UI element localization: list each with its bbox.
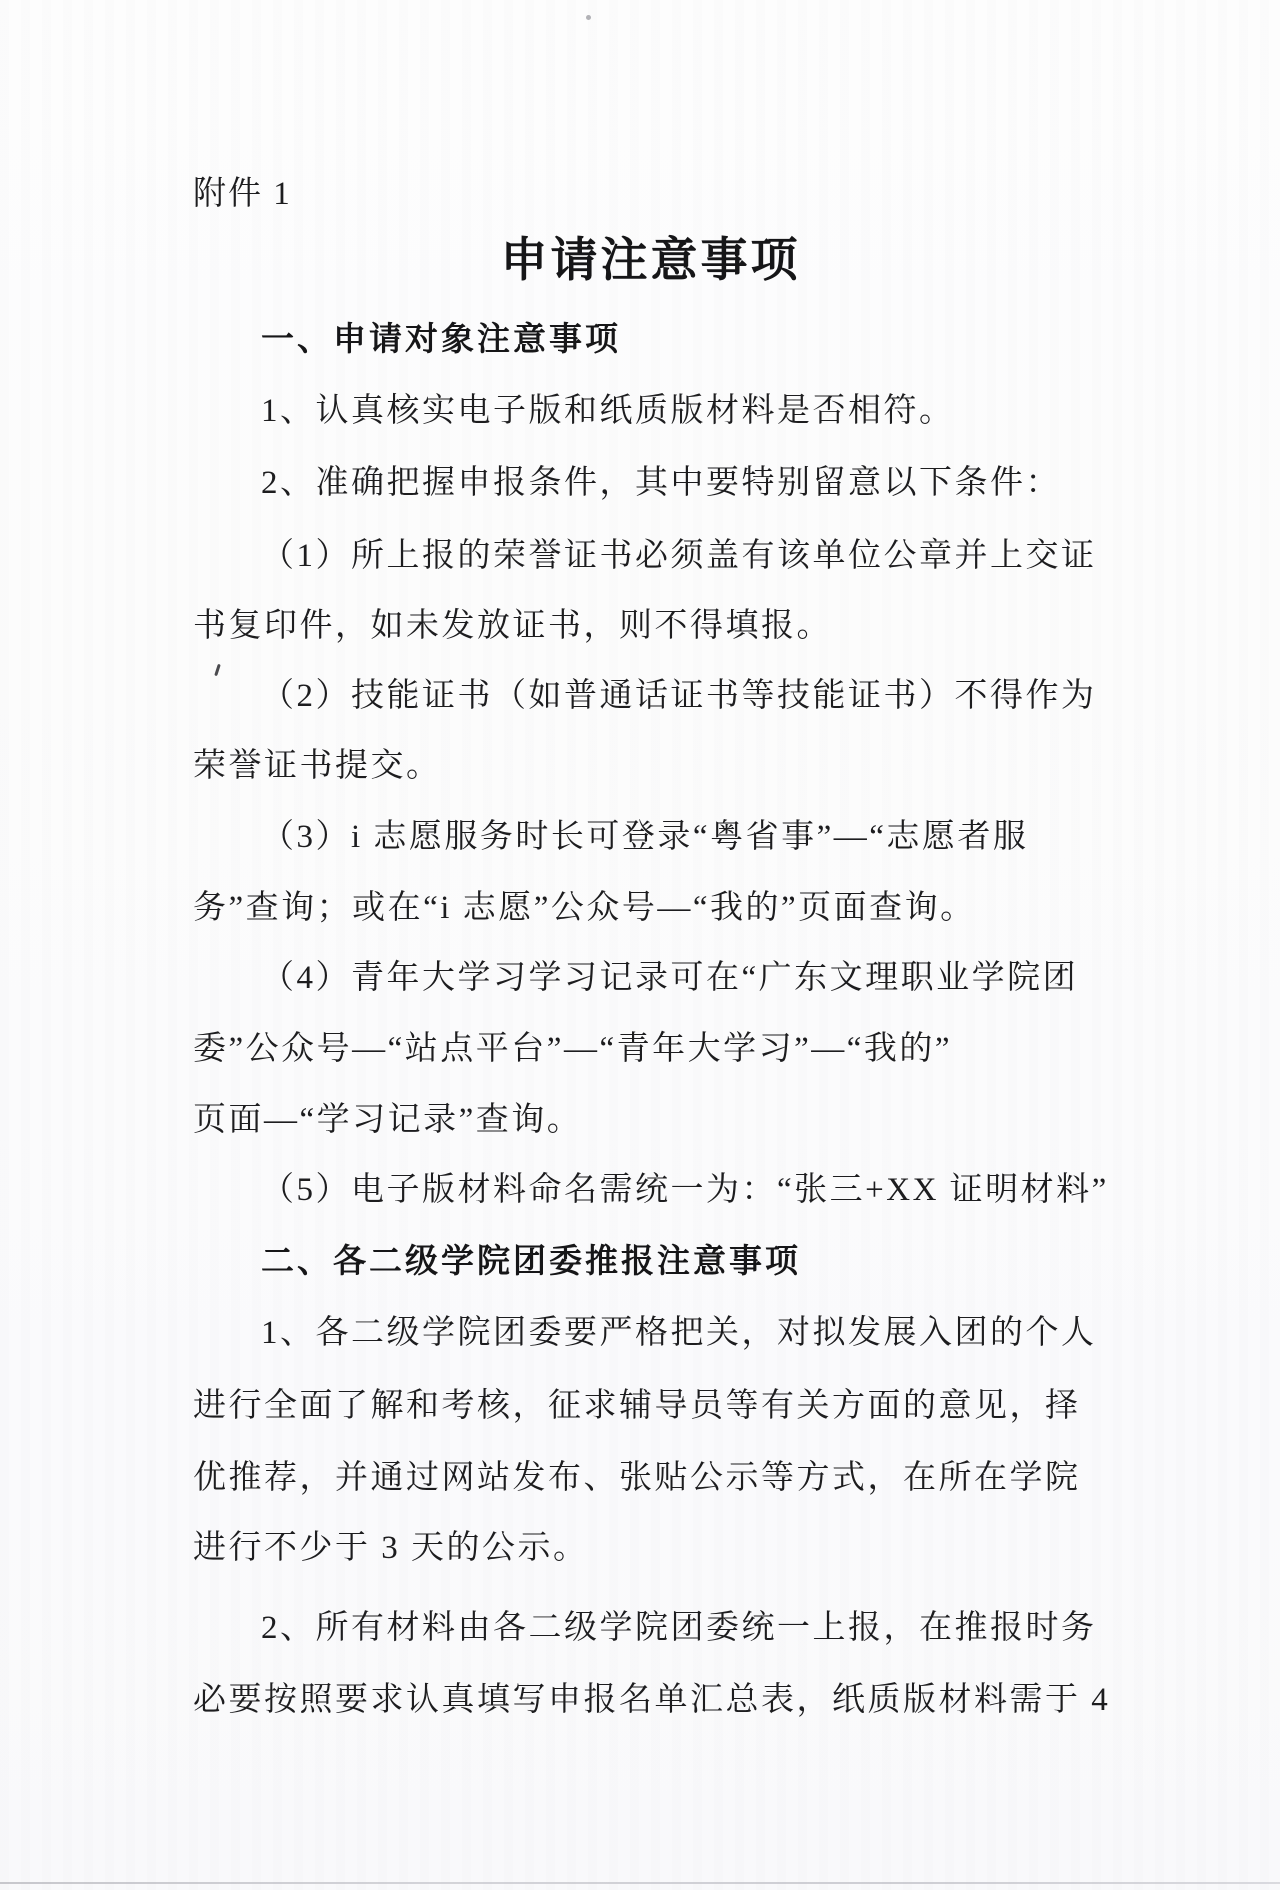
doc-line: （3）i 志愿服务时长可登录“粤省事”—“志愿者服: [193, 818, 1133, 857]
doc-line: 1、认真核实电子版和纸质版材料是否相符。: [193, 392, 1133, 431]
doc-line: 进行不少于 3 天的公示。: [193, 1529, 1133, 1568]
doc-line: （5）电子版材料命名需统一为：“张三+XX 证明材料”: [193, 1171, 1133, 1210]
doc-line: 页面—“学习记录”查询。: [193, 1101, 1133, 1140]
doc-line: 2、所有材料由各二级学院团委统一上报，在推报时务: [193, 1609, 1133, 1648]
page-bottom-edge: [0, 1882, 1280, 1884]
doc-line: 荣誉证书提交。: [193, 747, 1133, 786]
doc-line: 务”查询；或在“i 志愿”公众号—“我的”页面查询。: [193, 889, 1133, 928]
doc-line: 1、各二级学院团委要严格把关，对拟发展入团的个人: [193, 1314, 1133, 1353]
section-heading-2: 二、各二级学院团委推报注意事项: [193, 1242, 1133, 1281]
doc-line: 必要按照要求认真填写申报名单汇总表，纸质版材料需于 4: [193, 1681, 1133, 1720]
doc-line: （1）所上报的荣誉证书必须盖有该单位公章并上交证: [193, 537, 1133, 576]
doc-line: 2、准确把握申报条件，其中要特别留意以下条件：: [193, 464, 1133, 503]
stray-tick-artifact: [214, 664, 221, 676]
doc-line: 委”公众号—“站点平台”—“青年大学习”—“我的”: [193, 1030, 1133, 1069]
document-title: 申请注意事项: [193, 234, 1108, 288]
doc-line: 进行全面了解和考核，征求辅导员等有关方面的意见，择: [193, 1387, 1133, 1426]
doc-line: （4）青年大学习学习记录可在“广东文理职业学院团: [193, 959, 1133, 998]
section-heading-1: 一、申请对象注意事项: [193, 320, 1133, 359]
doc-line: （2）技能证书（如普通话证书等技能证书）不得作为: [193, 677, 1133, 716]
document-page: 附件 1 申请注意事项 一、申请对象注意事项 1、认真核实电子版和纸质版材料是否…: [0, 0, 1280, 1890]
doc-line: 书复印件，如未发放证书，则不得填报。: [193, 607, 1133, 646]
scan-speck-artifact: [586, 15, 591, 20]
doc-line: 优推荐，并通过网站发布、张贴公示等方式，在所在学院: [193, 1459, 1133, 1498]
attachment-label: 附件 1: [193, 176, 292, 214]
